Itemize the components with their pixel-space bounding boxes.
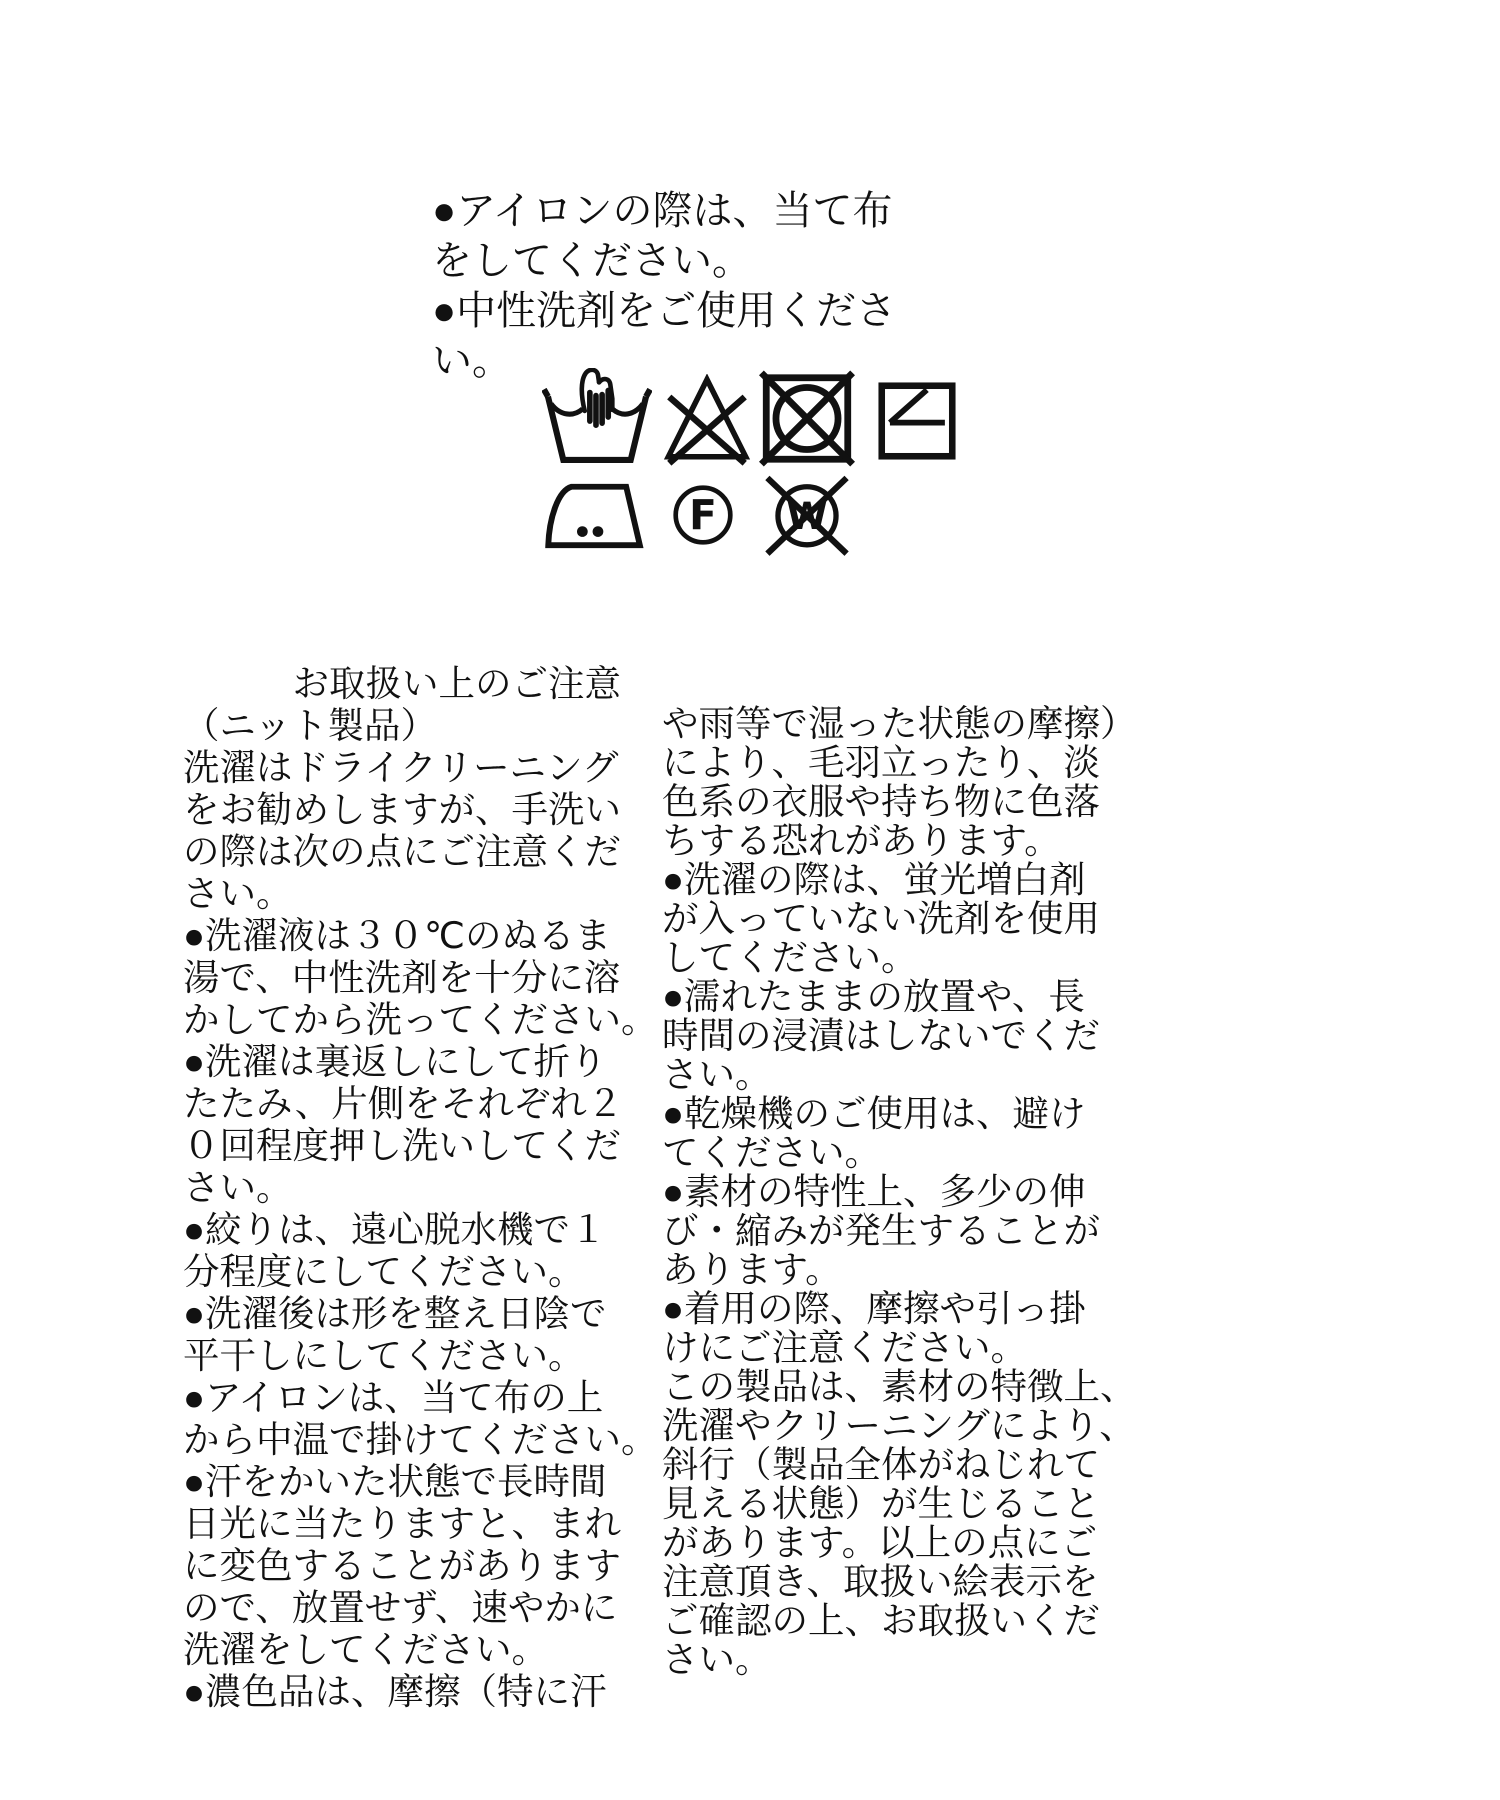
text-line: 時間の浸漬はしないでくだ <box>662 1016 1137 1055</box>
text-line: たたみ、片側をそれぞれ２ <box>183 1083 658 1125</box>
do-not-bleach-icon <box>656 374 758 466</box>
text-line: が入っていない洗剤を使用 <box>662 899 1137 938</box>
iron-medium-two-dots-icon <box>540 477 652 553</box>
text-line: 洗濯はドライクリーニング <box>183 747 658 789</box>
text-line: さい。 <box>183 1167 658 1209</box>
text-line: 湯で、中性洗剤を十分に溶 <box>183 957 658 999</box>
text-line: ●洗濯液は３０℃のぬるま <box>183 915 658 957</box>
text-line: さい。 <box>662 1640 1137 1679</box>
dry-clean-letter: F <box>689 491 717 539</box>
text-line: ●濃色品は、摩擦（特に汗 <box>183 1671 658 1713</box>
text-line: ●中性洗剤をご使用くださ <box>432 286 896 336</box>
text-line: 洗濯をしてください。 <box>183 1629 658 1671</box>
do-not-wet-clean-icon: W <box>753 470 861 558</box>
text-line: から中温で掛けてください。 <box>183 1419 658 1461</box>
text-line: 洗濯やクリーニングにより、 <box>662 1406 1137 1445</box>
text-line: てください。 <box>662 1133 1137 1172</box>
text-line: ●素材の特性上、多少の伸 <box>662 1172 1137 1211</box>
text-line: ●濡れたままの放置や、長 <box>662 977 1137 1016</box>
text-line: 斜行（製品全体がねじれて <box>662 1445 1137 1484</box>
text-line: により、毛羽立ったり、淡 <box>662 743 1137 782</box>
text-line: あります。 <box>662 1250 1137 1289</box>
text-line: の際は次の点にご注意くだ <box>183 831 658 873</box>
dry-clean-petroleum-icon: F <box>663 476 743 554</box>
text-line: 日光に当たりますと、まれ <box>183 1503 658 1545</box>
text-line: ●汗をかいた状態で長時間 <box>183 1461 658 1503</box>
text-line: お取扱い上のご注意 <box>183 663 658 705</box>
text-line: ●アイロンは、当て布の上 <box>183 1377 658 1419</box>
text-line: 注意頂き、取扱い絵表示を <box>662 1562 1137 1601</box>
text-line: かしてから洗ってください。 <box>183 999 658 1041</box>
text-line: ０回程度押し洗いしてくだ <box>183 1125 658 1167</box>
care-label-page: ●アイロンの際は、当て布をしてください。●中性洗剤をご使用ください。 <box>0 0 1500 1800</box>
text-line: この製品は、素材の特徴上、 <box>662 1367 1137 1406</box>
hand-wash-icon <box>542 368 652 464</box>
text-line: をお勧めしますが、手洗い <box>183 789 658 831</box>
flat-dry-in-shade-icon <box>872 380 962 462</box>
top-note-text: ●アイロンの際は、当て布をしてください。●中性洗剤をご使用ください。 <box>432 186 896 386</box>
text-line: ●洗濯の際は、蛍光増白剤 <box>662 860 1137 899</box>
text-line: ●絞りは、遠心脱水機で１ <box>183 1209 658 1251</box>
text-line: してください。 <box>662 938 1137 977</box>
text-line: ●着用の際、摩擦や引っ掛 <box>662 1289 1137 1328</box>
text-line: （ニット製品） <box>183 705 658 747</box>
text-line: 平干しにしてください。 <box>183 1335 658 1377</box>
text-line: ●アイロンの際は、当て布 <box>432 186 896 236</box>
text-line: 見える状態）が生じること <box>662 1484 1137 1523</box>
text-line: ●洗濯は裏返しにして折り <box>183 1041 658 1083</box>
text-line: に変色することがあります <box>183 1545 658 1587</box>
text-line: があります。以上の点にご <box>662 1523 1137 1562</box>
text-line: さい。 <box>662 1055 1137 1094</box>
text-line: けにご注意ください。 <box>662 1328 1137 1367</box>
text-line: ちする恐れがあります。 <box>662 821 1137 860</box>
text-line: ご確認の上、お取扱いくだ <box>662 1601 1137 1640</box>
do-not-tumble-dry-icon <box>757 370 857 467</box>
text-line: 色系の衣服や持ち物に色落 <box>662 782 1137 821</box>
notice-left-column: お取扱い上のご注意（ニット製品）洗濯はドライクリーニングをお勧めしますが、手洗い… <box>183 663 658 1713</box>
text-line: をしてください。 <box>432 236 896 286</box>
text-line: 分程度にしてください。 <box>183 1251 658 1293</box>
text-line: や雨等で湿った状態の摩擦） <box>662 704 1137 743</box>
text-line: ので、放置せず、速やかに <box>183 1587 658 1629</box>
text-line: ●洗濯後は形を整え日陰で <box>183 1293 658 1335</box>
notice-right-column: や雨等で湿った状態の摩擦）により、毛羽立ったり、淡色系の衣服や持ち物に色落ちする… <box>662 704 1137 1679</box>
text-line: さい。 <box>183 873 658 915</box>
text-line: び・縮みが発生することが <box>662 1211 1137 1250</box>
text-line: ●乾燥機のご使用は、避け <box>662 1094 1137 1133</box>
